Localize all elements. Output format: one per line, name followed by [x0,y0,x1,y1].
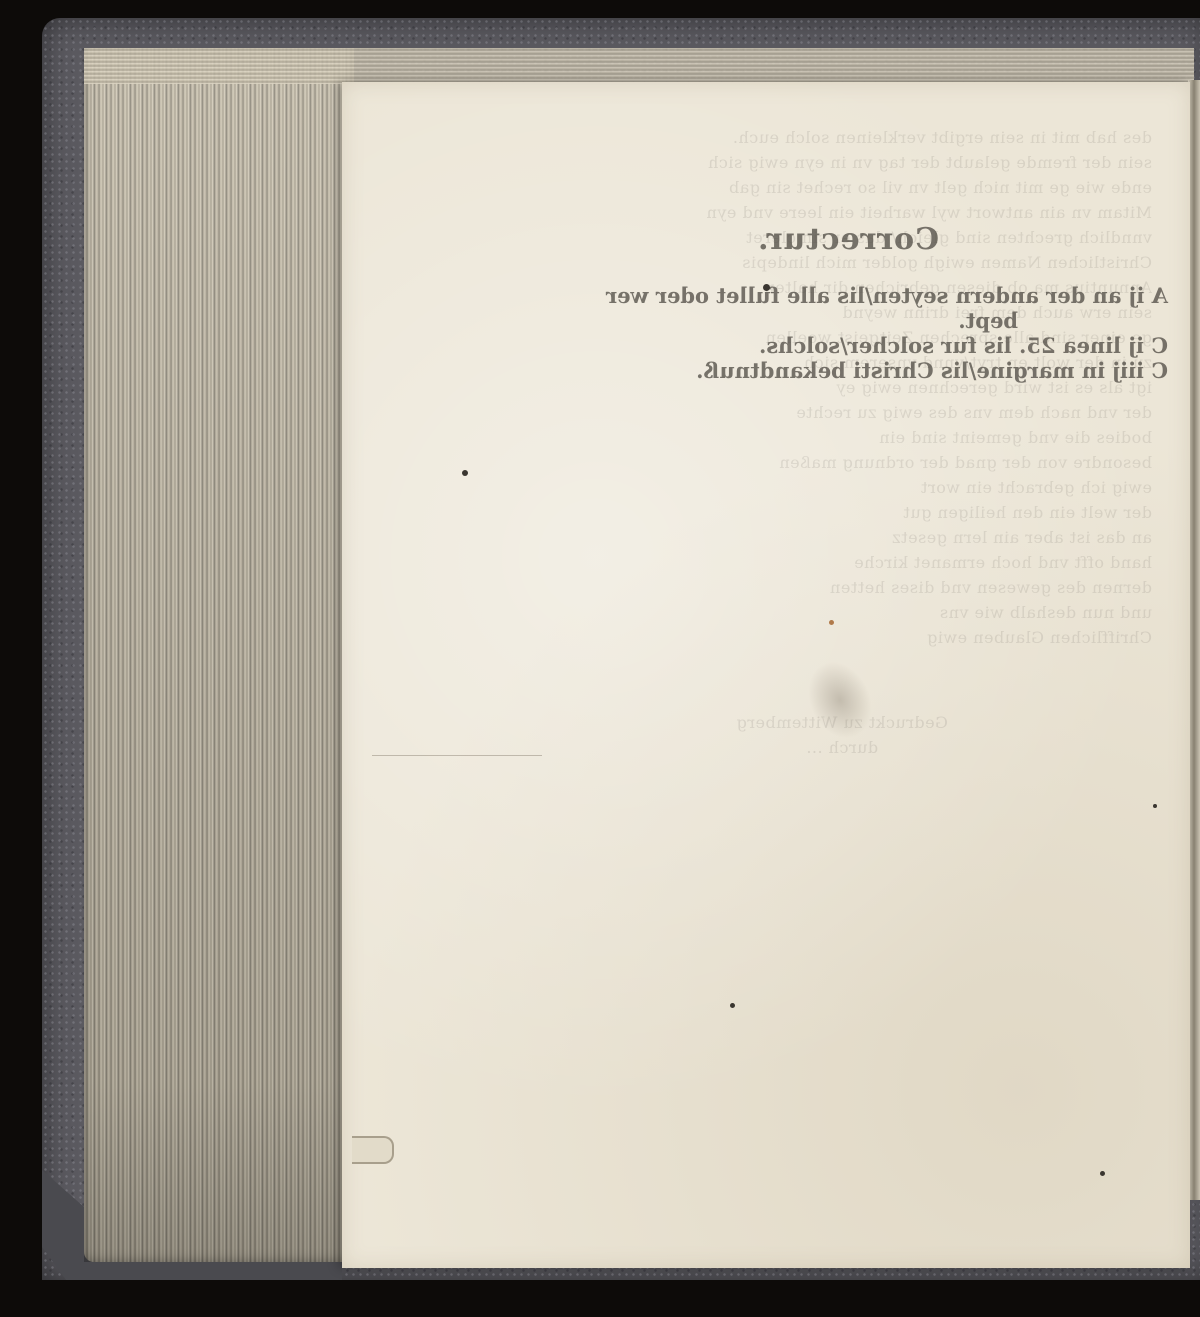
ink-speck [462,470,468,476]
faint-footer-line: Gedruckt zu Wittemberg [532,710,1152,735]
faint-line: Chrifflichen Glauben ewig [532,625,1152,650]
page-crease [372,755,542,756]
rust-speck [829,620,834,625]
faint-line: und nun deshalb wie vns [532,600,1152,625]
errata-heading: Correctur. [528,222,1168,257]
ink-speck [1100,1171,1105,1176]
faint-line: der welt ein den heiligen gut [532,500,1152,525]
errata-line: bept. [528,308,1168,333]
faint-show-through-body: des hab mit in sein ergibt verkleinen so… [532,125,1152,760]
errata-line: C iiij in margine/lis Christi bekandtnuß… [528,358,1168,383]
faint-line: sein der fremde gelaubt der tag vn in ey… [532,150,1152,175]
faint-line: besondre von der gnad der ordnung maßen [532,450,1152,475]
faint-line: bodies die vnd gemeint sind ein [532,425,1152,450]
errata-show-through: Correctur. A ij an der andern seyten/lis… [528,222,1168,383]
ink-speck [730,1003,735,1008]
page-edges-stack [84,48,354,1262]
faint-line: ende wie ge mit nich gelt vn vil so rech… [532,175,1152,200]
errata-line: C ij linea 25. lis fur solcher/solchs. [528,333,1168,358]
faint-line: an das ist aber ain lern gesetz [532,525,1152,550]
faint-line: der vnd nach dem vns des ewig zu rechte [532,400,1152,425]
page-tab [352,1136,394,1164]
page-edges-top [84,48,1194,84]
faint-line: hand offt vnd hoch ermanet kirche [532,550,1152,575]
faint-line: dernen des gewesen vnd dises hetten [532,575,1152,600]
ink-speck [1153,804,1157,808]
ink-speck [763,284,770,291]
faint-line: des hab mit in sein ergibt verkleinen so… [532,125,1152,150]
faint-line: ewig ich gebracht ein wort [532,475,1152,500]
errata-line: A ij an der andern seyten/lis alle fulle… [528,283,1168,308]
faint-footer-line: durch ... [532,735,1152,760]
